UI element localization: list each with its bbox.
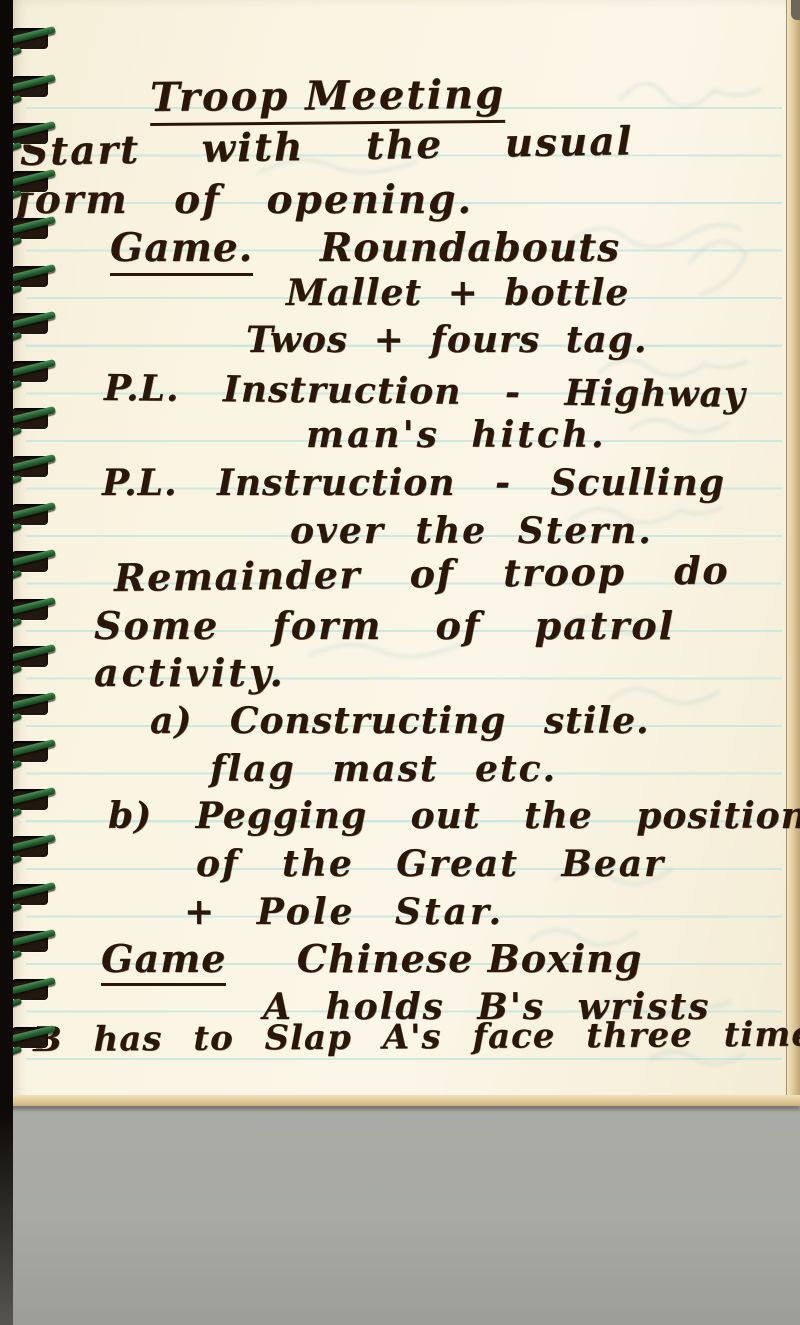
binding-coil (10, 26, 72, 66)
game-label: Game (101, 936, 226, 986)
binding-coil (10, 264, 72, 304)
binding-coil (10, 454, 72, 494)
handwritten-line: man's hitch. (306, 414, 607, 456)
note-heading-text: Troop Meeting (150, 71, 506, 126)
notebook-spine-shadow (0, 0, 13, 1325)
binding-coil (10, 597, 72, 637)
binding-coil (10, 216, 72, 256)
binding-coil (10, 1025, 72, 1065)
handwritten-line: b) Pegging out the position (108, 795, 800, 837)
handwritten-line: P.L. Instruction - Sculling (102, 462, 725, 504)
handwritten-line: a) Constructing stile. (150, 700, 650, 742)
binding-coil (10, 121, 72, 161)
binding-coil (10, 834, 72, 874)
notebook-page: Troop Meeting Start with the usual form … (10, 0, 800, 1106)
handwritten-line: P.L. Instruction - Highway (104, 367, 746, 416)
binding-coil (10, 359, 72, 399)
handwritten-line: Game Chinese Boxing (101, 936, 642, 986)
handwritten-line: over the Stern. (290, 510, 653, 552)
binding-coil (10, 169, 72, 209)
handwritten-line: Game. Roundabouts (110, 225, 620, 276)
handwritten-line: Twos + fours tag. (246, 319, 647, 361)
handwritten-line: Some form of patrol (94, 603, 675, 648)
binding-coil (10, 977, 72, 1017)
binding-coil (10, 74, 72, 114)
game-value: Chinese Boxing (297, 936, 643, 981)
handwritten-line: Start with the usual (20, 118, 634, 175)
handwritten-line: + Pole Star. (184, 891, 504, 933)
handwritten-line: Remainder of troop do (114, 547, 730, 600)
handwritten-line: activity. (94, 650, 286, 695)
handwritten-line: Mallet + bottle (286, 272, 629, 314)
binding-coil (10, 549, 72, 589)
binding-coil (10, 502, 72, 542)
binding-coil (10, 882, 72, 922)
handwritten-line: flag mast etc. (210, 748, 557, 790)
binding-coil (10, 787, 72, 827)
binding-coil (10, 929, 72, 969)
binding-coil (10, 692, 72, 732)
game-label: Game. (110, 225, 253, 276)
binding-coil (10, 644, 72, 684)
scanned-notebook-photo: { "document": { "type": "scanned handwri… (0, 0, 800, 1325)
note-heading: Troop Meeting (150, 71, 506, 126)
spiral-binding (10, 0, 70, 1100)
handwritten-line: B has to Slap A's face three times (33, 1014, 800, 1060)
binding-coil (10, 739, 72, 779)
game-value: Roundabouts (320, 225, 620, 271)
handwritten-line: of the Great Bear (196, 843, 665, 885)
binding-coil (10, 311, 72, 351)
binding-coil (10, 406, 72, 446)
handwritten-line: form of opening. (16, 177, 473, 223)
handwriting-layer: Troop Meeting Start with the usual form … (10, 0, 800, 1106)
